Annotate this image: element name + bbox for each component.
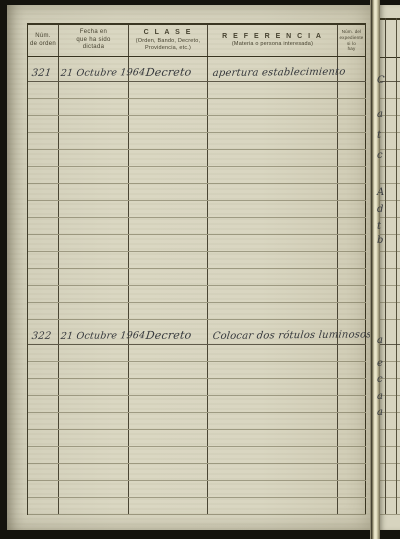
cell-fecha	[59, 133, 129, 149]
cell-referencia	[208, 269, 338, 285]
header-sub: (Orden, Bando, Decreto,	[136, 38, 201, 45]
cell-fecha	[59, 218, 129, 234]
handwritten-fecha: 21 Octubre 1964	[60, 330, 146, 342]
cell-fecha	[59, 184, 129, 200]
cell-referencia	[208, 498, 338, 514]
cell-referencia	[208, 286, 338, 302]
cell-num	[28, 252, 59, 268]
cell-clase	[129, 379, 208, 395]
ledger-blank-row	[28, 447, 366, 464]
cell-num	[28, 133, 59, 149]
header-label: que ha sido	[76, 37, 110, 45]
cell-referencia	[208, 235, 338, 251]
cell-fecha	[59, 396, 129, 412]
adjacent-page-sliver: CatcAdtbaecaa	[380, 5, 400, 530]
cell-referencia	[208, 116, 338, 132]
header-label: de orden	[30, 41, 56, 49]
adjacent-ruled-line	[380, 464, 400, 481]
cell-referencia	[208, 303, 338, 319]
adjacent-ruled-line	[380, 252, 400, 269]
ledger-blank-row	[28, 498, 366, 515]
cell-clase	[129, 498, 208, 514]
ledger-blank-row	[28, 396, 366, 413]
ledger-blank-row	[28, 464, 366, 481]
handwriting-fragment: a	[377, 335, 387, 346]
column-header-expediente: Núm. del expediente si lo hay	[338, 25, 366, 56]
adjacent-ruled-line	[380, 303, 400, 320]
ledger-blank-row	[28, 481, 366, 498]
ledger-blank-row	[28, 286, 366, 303]
cell-expediente	[338, 464, 366, 480]
cell-referencia	[208, 82, 338, 98]
handwritten-clase: Decreto	[145, 329, 192, 342]
cell-fecha	[59, 379, 129, 395]
cell-fecha	[59, 413, 129, 429]
cell-num	[28, 303, 59, 319]
handwriting-fragment: a	[377, 109, 387, 120]
ledger-blank-row	[28, 345, 366, 362]
handwritten-fecha: 21 Octubre 1964	[60, 67, 146, 79]
cell-referencia	[208, 167, 338, 183]
handwriting-fragment: d	[377, 204, 387, 215]
cell-clase	[129, 464, 208, 480]
cell-num	[28, 286, 59, 302]
handwriting-fragment: t	[377, 221, 387, 232]
cell-referencia	[208, 379, 338, 395]
cell-expediente	[338, 167, 366, 183]
handwritten-referencia: Colocar dos rótulos luminosos	[212, 329, 372, 342]
handwriting-fragment: C	[377, 75, 387, 86]
ledger-blank-row	[28, 430, 366, 447]
cell-fecha	[59, 150, 129, 166]
adjacent-ruled-line	[380, 167, 400, 184]
ledger-blank-row	[28, 167, 366, 184]
ledger-blank-row	[28, 201, 366, 218]
cell-num: 321	[28, 57, 59, 81]
cell-num	[28, 396, 59, 412]
cell-fecha	[59, 167, 129, 183]
cell-expediente	[338, 286, 366, 302]
handwriting-fragment: t	[377, 130, 387, 141]
cell-expediente	[338, 481, 366, 497]
cell-clase	[129, 413, 208, 429]
cell-expediente	[338, 99, 366, 115]
cell-fecha	[59, 269, 129, 285]
cell-num	[28, 150, 59, 166]
cell-referencia	[208, 184, 338, 200]
cell-referencia: apertura establecimiento	[208, 57, 338, 81]
cell-referencia	[208, 447, 338, 463]
handwritten-clase: Decreto	[145, 66, 192, 79]
ledger-table: Núm. de orden Fecha en que ha sido dicta…	[27, 23, 366, 515]
scanned-document: Núm. de orden Fecha en que ha sido dicta…	[0, 0, 400, 539]
cell-fecha	[59, 345, 129, 361]
cell-num	[28, 167, 59, 183]
cell-referencia	[208, 430, 338, 446]
cell-num	[28, 269, 59, 285]
cell-referencia	[208, 201, 338, 217]
cell-num	[28, 116, 59, 132]
cell-referencia	[208, 396, 338, 412]
cell-num	[28, 235, 59, 251]
cell-referencia: Colocar dos rótulos luminosos	[208, 320, 338, 344]
cell-num	[28, 99, 59, 115]
cell-expediente	[338, 379, 366, 395]
cell-clase	[129, 184, 208, 200]
column-header-clase: C L A S E (Orden, Bando, Decreto, Provid…	[129, 25, 208, 56]
cell-clase	[129, 447, 208, 463]
cell-expediente	[338, 184, 366, 200]
cell-clase	[129, 269, 208, 285]
cell-fecha	[59, 82, 129, 98]
ledger-blank-row	[28, 133, 366, 150]
cell-clase	[129, 303, 208, 319]
cell-fecha	[59, 303, 129, 319]
cell-fecha	[59, 498, 129, 514]
cell-num	[28, 184, 59, 200]
cell-clase	[129, 252, 208, 268]
handwritten-referencia: apertura establecimiento	[212, 67, 346, 79]
header-label: Fecha en	[80, 29, 107, 37]
ledger-blank-row	[28, 82, 366, 99]
ledger-blank-row	[28, 184, 366, 201]
ledger-blank-row	[28, 379, 366, 396]
cell-num: 322	[28, 320, 59, 344]
ledger-page: Núm. de orden Fecha en que ha sido dicta…	[7, 5, 370, 530]
cell-referencia	[208, 99, 338, 115]
cell-clase	[129, 235, 208, 251]
cell-fecha	[59, 362, 129, 378]
header-title: R E F E R E N C I A	[222, 33, 323, 42]
ledger-blank-row	[28, 235, 366, 252]
column-header-fecha: Fecha en que ha sido dictada	[59, 25, 129, 56]
cell-expediente	[338, 413, 366, 429]
cell-expediente	[338, 150, 366, 166]
handwriting-fragment: c	[377, 374, 387, 385]
cell-fecha	[59, 447, 129, 463]
ledger-blank-row	[28, 218, 366, 235]
cell-num	[28, 430, 59, 446]
cell-fecha	[59, 430, 129, 446]
cell-referencia	[208, 464, 338, 480]
header-sub: (Materia o persona interesada)	[232, 41, 313, 48]
table-header: Núm. de orden Fecha en que ha sido dicta…	[27, 23, 366, 57]
ledger-entry-row: 32121 Octubre 1964Decretoapertura establ…	[28, 57, 366, 82]
handwriting-fragment: a	[377, 407, 387, 418]
cell-referencia	[208, 133, 338, 149]
handwritten-num: 322	[31, 331, 52, 342]
adjacent-ruled-line	[380, 269, 400, 286]
cell-referencia	[208, 481, 338, 497]
cell-fecha	[59, 481, 129, 497]
cell-referencia	[208, 362, 338, 378]
cell-num	[28, 362, 59, 378]
cell-num	[28, 464, 59, 480]
cell-clase	[129, 345, 208, 361]
cell-fecha	[59, 116, 129, 132]
cell-clase	[129, 396, 208, 412]
cell-expediente	[338, 345, 366, 361]
header-label: Núm.	[35, 33, 51, 41]
cell-fecha: 21 Octubre 1964	[59, 57, 129, 81]
cell-num	[28, 201, 59, 217]
ledger-entry-row: 32221 Octubre 1964DecretoColocar dos rót…	[28, 320, 366, 345]
header-sub: Providencia, etc.)	[145, 45, 191, 52]
adjacent-rows	[380, 57, 400, 515]
cell-clase	[129, 150, 208, 166]
cell-expediente	[338, 116, 366, 132]
cell-num	[28, 413, 59, 429]
cell-expediente	[338, 82, 366, 98]
cell-referencia	[208, 150, 338, 166]
ledger-blank-row	[28, 252, 366, 269]
cell-clase	[129, 218, 208, 234]
cell-referencia	[208, 413, 338, 429]
column-header-referencia: R E F E R E N C I A (Materia o persona i…	[208, 25, 338, 56]
adjacent-ruled-line	[380, 447, 400, 464]
cell-fecha: 21 Octubre 1964	[59, 320, 129, 344]
handwriting-fragment: c	[377, 150, 387, 161]
cell-expediente	[338, 396, 366, 412]
cell-num	[28, 498, 59, 514]
handwriting-fragment: b	[377, 235, 387, 246]
cell-clase	[129, 430, 208, 446]
ledger-blank-row	[28, 269, 366, 286]
cell-fecha	[59, 464, 129, 480]
cell-expediente	[338, 235, 366, 251]
cell-clase	[129, 133, 208, 149]
ledger-blank-row	[28, 413, 366, 430]
cell-expediente	[338, 430, 366, 446]
cell-expediente	[338, 133, 366, 149]
cell-referencia	[208, 345, 338, 361]
cell-expediente	[338, 269, 366, 285]
adjacent-ruled-line	[380, 481, 400, 498]
header-title: C L A S E	[144, 29, 193, 38]
column-header-num-orden: Núm. de orden	[28, 25, 59, 56]
adjacent-ruled-line	[380, 286, 400, 303]
adjacent-ruled-line	[380, 498, 400, 515]
cell-clase	[129, 82, 208, 98]
ledger-blank-row	[28, 99, 366, 116]
cell-num	[28, 82, 59, 98]
ledger-blank-row	[28, 116, 366, 133]
cell-clase	[129, 286, 208, 302]
cell-clase	[129, 167, 208, 183]
cell-num	[28, 447, 59, 463]
header-label: dictada	[83, 44, 104, 52]
cell-referencia	[208, 218, 338, 234]
cell-clase	[129, 201, 208, 217]
cell-clase	[129, 99, 208, 115]
handwriting-fragment: a	[377, 391, 387, 402]
cell-referencia	[208, 252, 338, 268]
cell-num	[28, 379, 59, 395]
ledger-blank-row	[28, 150, 366, 167]
cell-fecha	[59, 99, 129, 115]
cell-clase	[129, 481, 208, 497]
handwriting-fragment: A	[377, 187, 387, 198]
cell-expediente	[338, 303, 366, 319]
cell-num	[28, 345, 59, 361]
cell-expediente	[338, 498, 366, 514]
cell-expediente	[338, 201, 366, 217]
adjacent-ruled-line	[380, 430, 400, 447]
cell-fecha	[59, 235, 129, 251]
cell-expediente	[338, 362, 366, 378]
header-label: hay	[348, 46, 356, 52]
cell-fecha	[59, 252, 129, 268]
cell-expediente	[338, 252, 366, 268]
handwriting-fragment: e	[377, 358, 387, 369]
adjacent-table-top-line	[380, 18, 400, 20]
handwritten-num: 321	[31, 68, 52, 79]
table-body: 32121 Octubre 1964Decretoapertura establ…	[27, 57, 366, 515]
cell-expediente	[338, 447, 366, 463]
ledger-blank-row	[28, 303, 366, 320]
cell-clase	[129, 116, 208, 132]
ledger-blank-row	[28, 362, 366, 379]
cell-num	[28, 218, 59, 234]
cell-fecha	[59, 286, 129, 302]
cell-num	[28, 481, 59, 497]
cell-fecha	[59, 201, 129, 217]
cell-expediente	[338, 218, 366, 234]
cell-clase	[129, 362, 208, 378]
